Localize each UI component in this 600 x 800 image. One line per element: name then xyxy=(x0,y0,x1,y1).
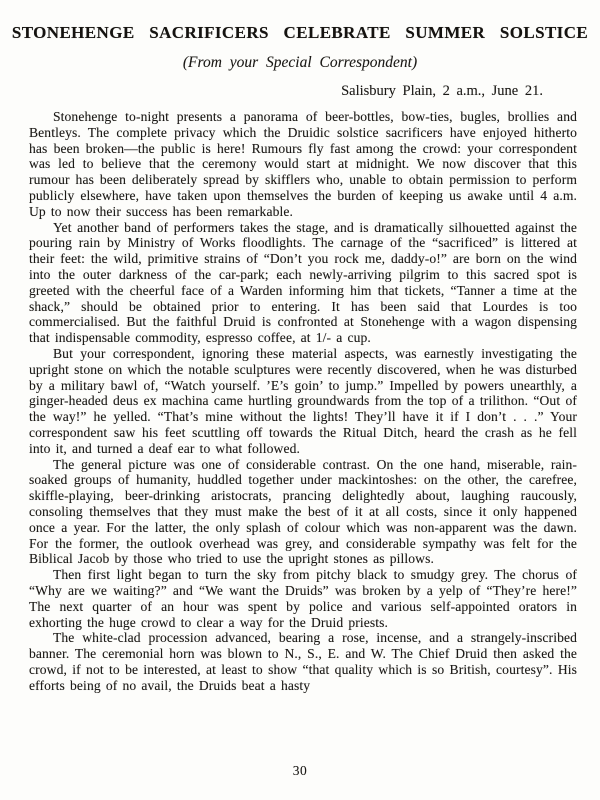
article-paragraph-3: But your correspondent, ignoring these m… xyxy=(29,346,577,457)
page-number: 30 xyxy=(0,763,600,779)
article-body: Stonehenge to-night presents a panorama … xyxy=(29,109,577,693)
article-dateline: Salisbury Plain, 2 a.m., June 21. xyxy=(0,83,600,100)
document-page: STONEHENGE SACRIFICERS CELEBRATE SUMMER … xyxy=(0,0,600,800)
article-paragraph-6: The white-clad procession advanced, bear… xyxy=(29,630,577,693)
article-paragraph-1: Stonehenge to-night presents a panorama … xyxy=(29,109,577,220)
article-byline: (From your Special Correspondent) xyxy=(0,54,600,72)
article-title: STONEHENGE SACRIFICERS CELEBRATE SUMMER … xyxy=(0,0,600,43)
article-paragraph-4: The general picture was one of considera… xyxy=(29,457,577,568)
article-paragraph-5: Then first light began to turn the sky f… xyxy=(29,567,577,630)
article-paragraph-2: Yet another band of performers takes the… xyxy=(29,220,577,346)
